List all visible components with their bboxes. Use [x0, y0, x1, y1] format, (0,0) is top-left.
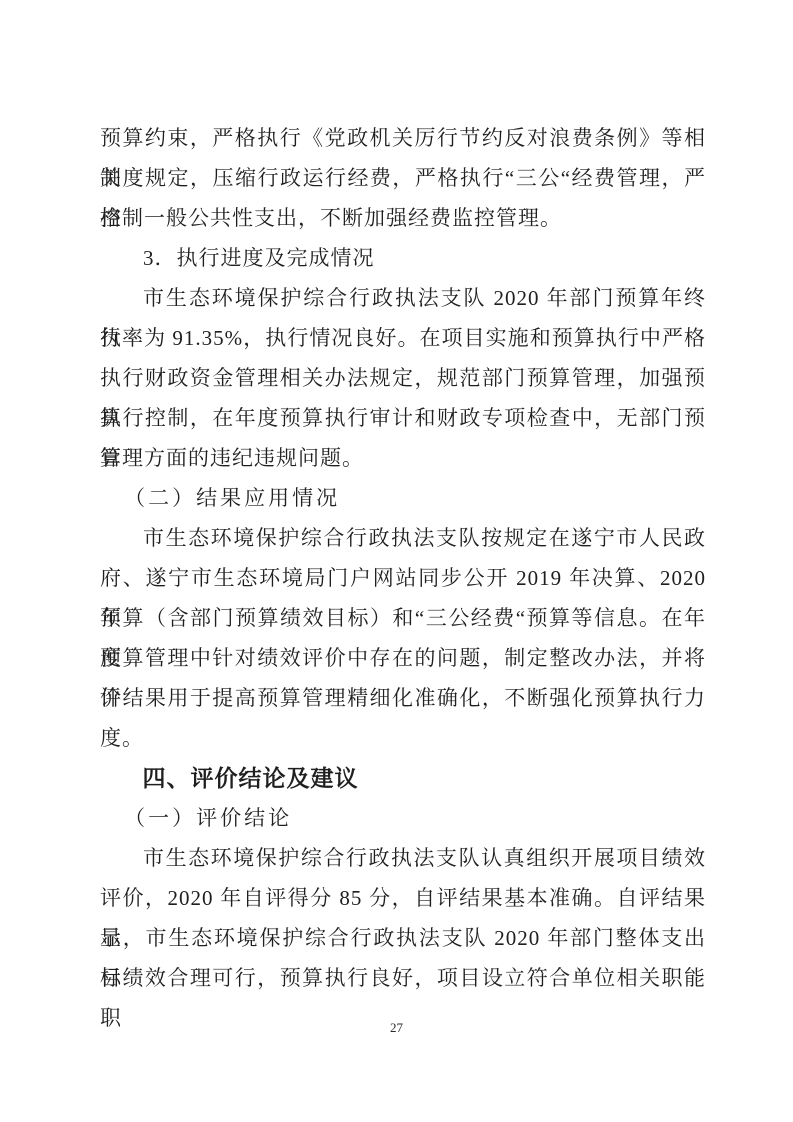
page-number: 27	[0, 1019, 793, 1037]
text-line: 度。	[100, 718, 706, 758]
text-line: 执行财政资金管理相关办法规定，规范部门预算管理，加强预算	[100, 358, 706, 398]
text-line: 标绩效合理可行，预算执行良好，项目设立符合单位相关职能职	[100, 958, 706, 998]
text-line: 控制一般公共性支出，不断加强经费监控管理。	[100, 198, 706, 238]
text-line: 府、遂宁市生态环境局门户网站同步公开 2019 年决算、2020 年	[100, 558, 706, 598]
subheading-result-application: （二）结果应用情况	[100, 478, 706, 518]
text-line: 价结果用于提高预算管理精细化准确化，不断强化预算执行力	[100, 678, 706, 718]
text-line: 预算管理中针对绩效评价中存在的问题，制定整改办法，并将评	[100, 638, 706, 678]
text-line: 执行控制，在年度预算执行审计和财政专项检查中，无部门预算	[100, 398, 706, 438]
text-line: 评价，2020 年自评得分 85 分，自评结果基本准确。自评结果显	[100, 878, 706, 918]
text-line: 示，市生态环境保护综合行政执法支队 2020 年部门整体支出目	[100, 918, 706, 958]
subheading-evaluation-conclusion: （一）评价结论	[100, 798, 706, 838]
text-line: 制度规定，压缩行政运行经费，严格执行“三公“经费管理，严格	[100, 158, 706, 198]
text-line: 管理方面的违纪违规问题。	[100, 438, 706, 478]
document-body: 预算约束，严格执行《党政机关厉行节约反对浪费条例》等相关 制度规定，压缩行政运行…	[100, 118, 706, 998]
document-page: 预算约束，严格执行《党政机关厉行节约反对浪费条例》等相关 制度规定，压缩行政运行…	[0, 0, 793, 1122]
section-heading-conclusion-suggestions: 四、评价结论及建议	[100, 758, 706, 798]
text-line: 行率为 91.35%，执行情况良好。在项目实施和预算执行中严格	[100, 318, 706, 358]
text-line: 市生态环境保护综合行政执法支队 2020 年部门预算年终执	[100, 278, 706, 318]
subheading-execution-progress: 3．执行进度及完成情况	[100, 238, 706, 278]
text-line: 市生态环境保护综合行政执法支队按规定在遂宁市人民政	[100, 518, 706, 558]
text-line: 预算（含部门预算绩效目标）和“三公经费“预算等信息。在年度	[100, 598, 706, 638]
text-line: 市生态环境保护综合行政执法支队认真组织开展项目绩效	[100, 838, 706, 878]
text-line: 预算约束，严格执行《党政机关厉行节约反对浪费条例》等相关	[100, 118, 706, 158]
